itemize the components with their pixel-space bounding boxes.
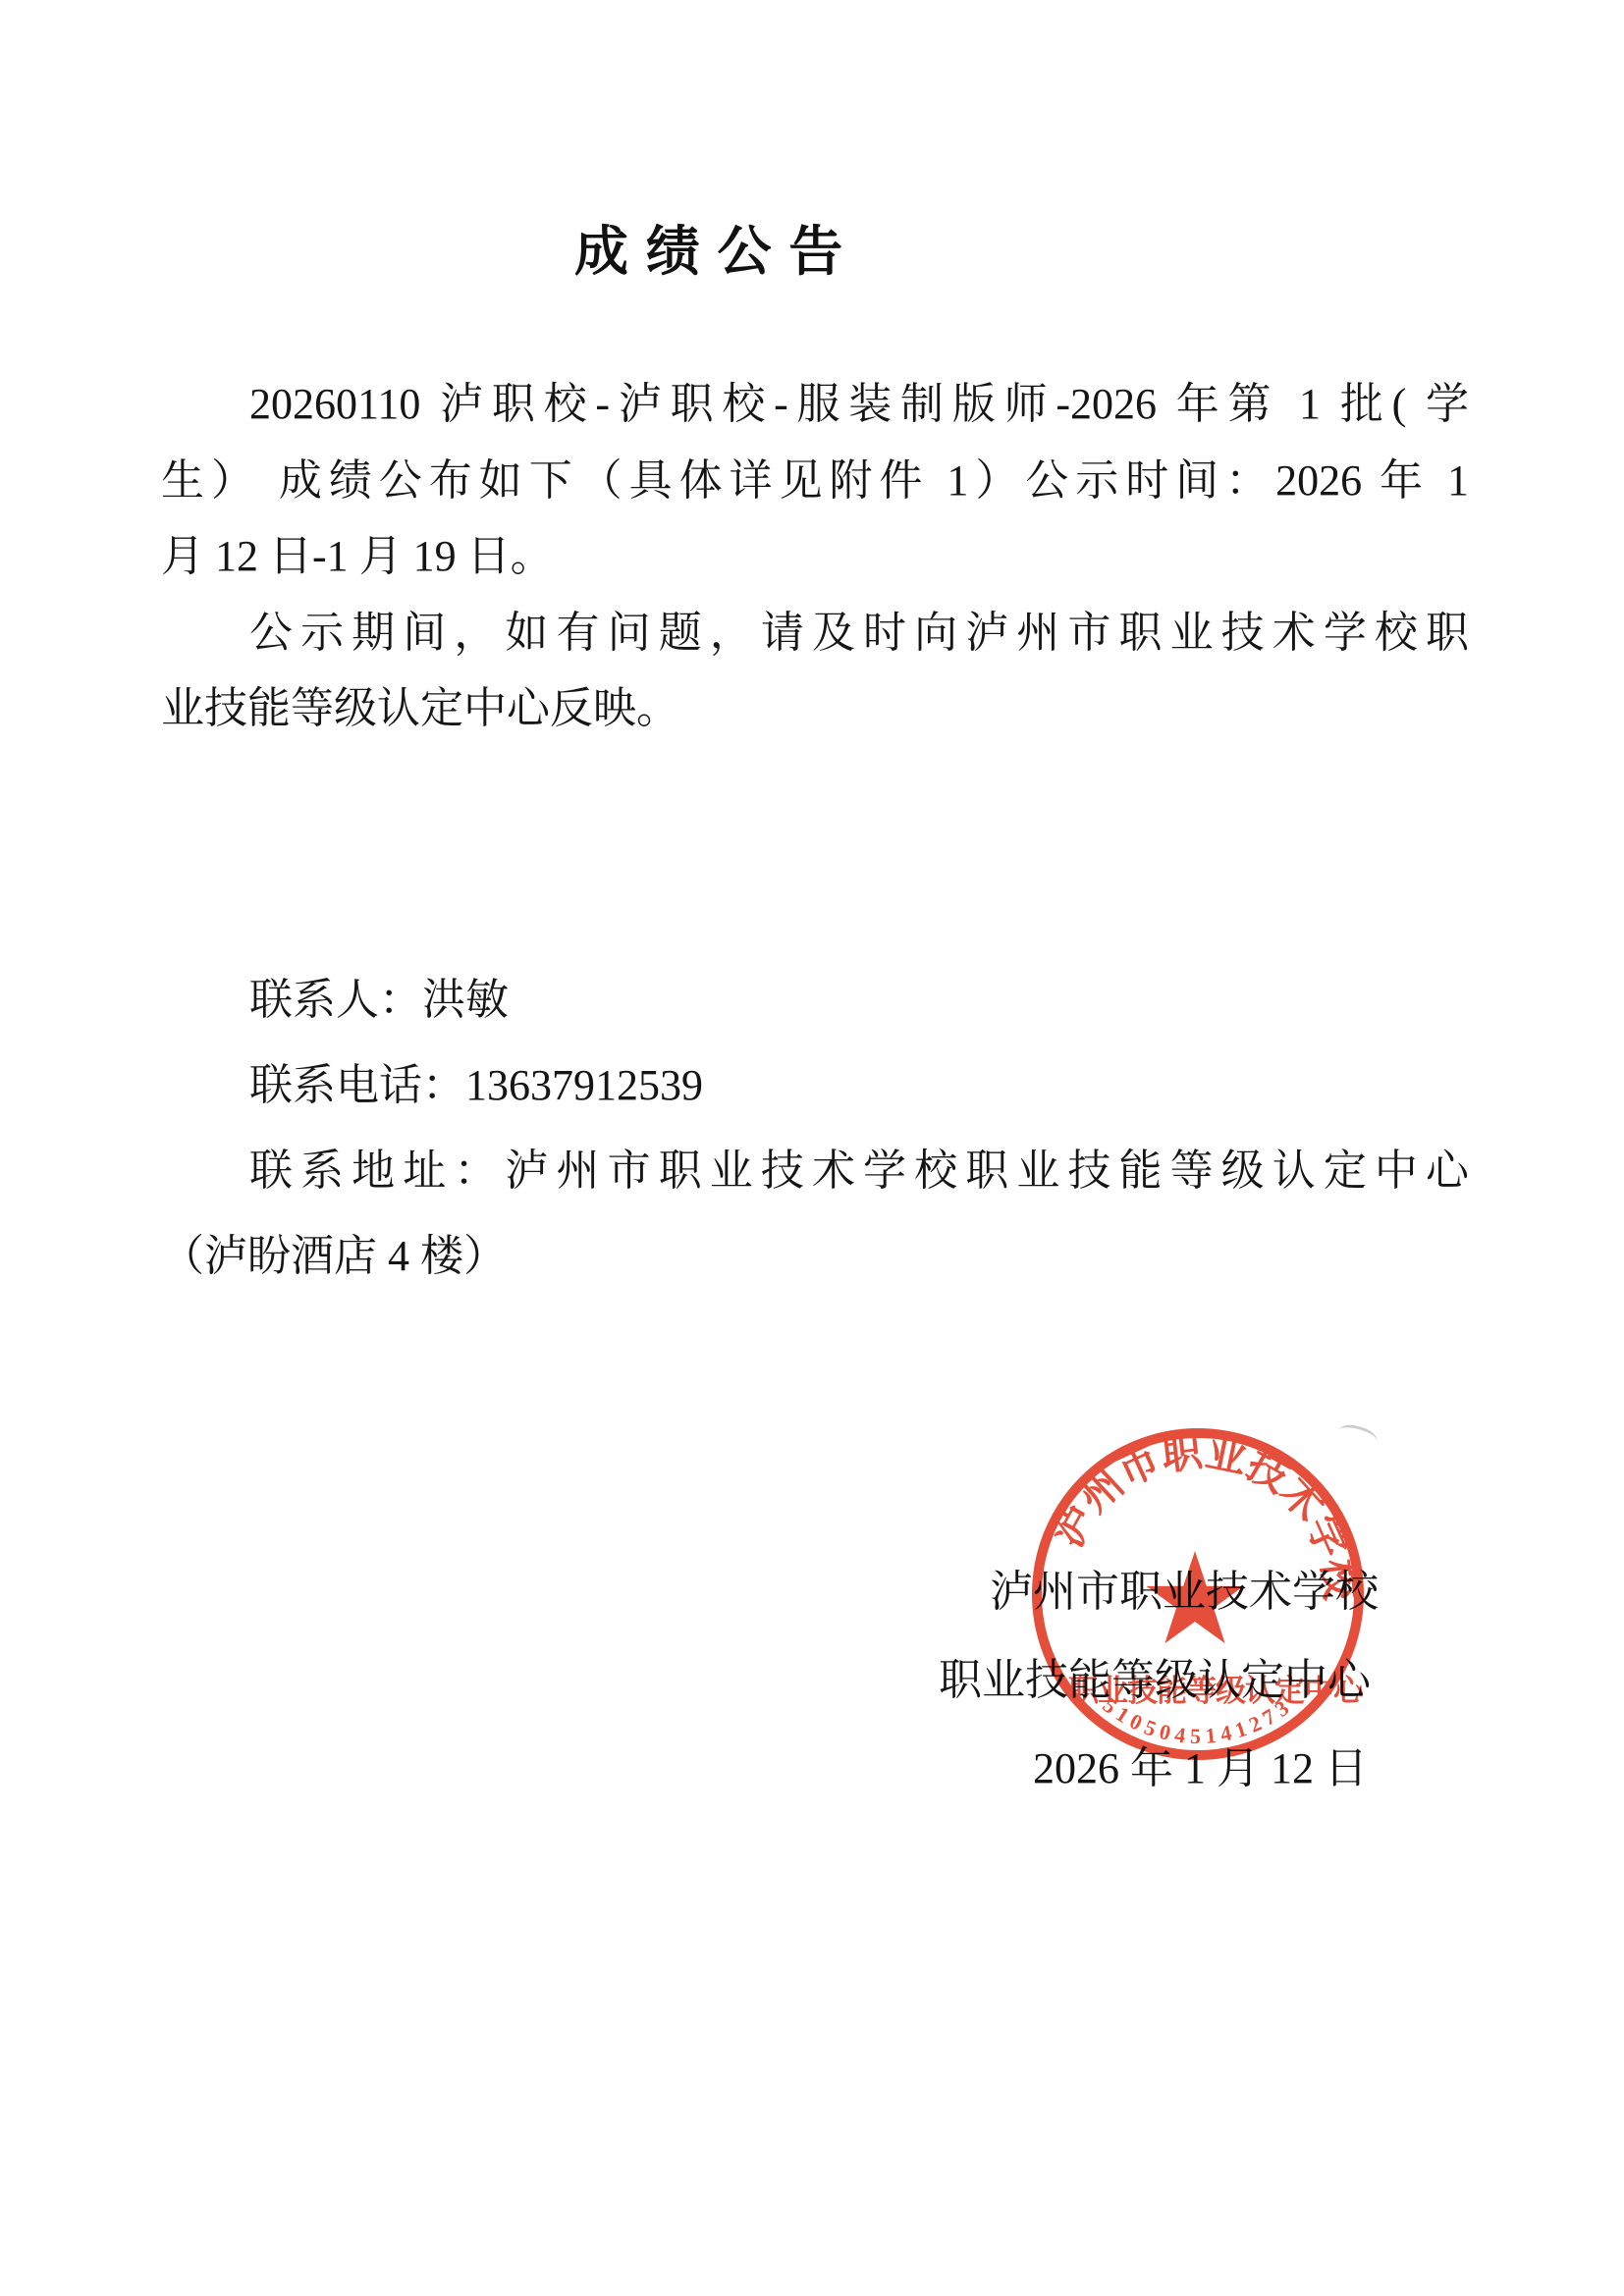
seal-star-icon [1147, 1551, 1244, 1643]
contact-address-line2: （泸盼酒店 4 楼） [161, 1213, 1469, 1299]
paragraph-line: 生） 成绩公布如下（具体详见附件 1）公示时间：2026 年 1 [161, 443, 1469, 519]
document-page: 成 绩 公 告 20260110 泸职校-泸职校-服装制版师-2026 年第 1… [0, 0, 1624, 2296]
paragraph-line: 业技能等级认定中心反映。 [161, 670, 1469, 747]
seal-arc-text: 泸州市职业技术学校 [1043, 1427, 1365, 1603]
paragraph-line: 月 12 日-1 月 19 日。 [161, 518, 1469, 595]
contact-address-line1: 联系地址：泸州市职业技术学校职业技能等级认定中心 [161, 1128, 1469, 1213]
body-text: 20260110 泸职校-泸职校-服装制版师-2026 年第 1 批( 学 生）… [161, 366, 1469, 747]
official-seal: 泸州市职业技术学校 职业技能等级认定中心 5105045141273 [1029, 1425, 1367, 1763]
paragraph-line: 公示期间，如有问题，请及时向泸州市职业技术学校职 [161, 595, 1469, 671]
paragraph-line: 20260110 泸职校-泸职校-服装制版师-2026 年第 1 批( 学 [161, 366, 1469, 443]
page-title: 成 绩 公 告 [574, 208, 844, 286]
contact-phone: 联系电话：13637912539 [161, 1042, 1469, 1128]
contact-block: 联系人：洪敏 联系电话：13637912539 联系地址：泸州市职业技术学校职业… [161, 957, 1469, 1299]
contact-person: 联系人：洪敏 [161, 957, 1469, 1042]
